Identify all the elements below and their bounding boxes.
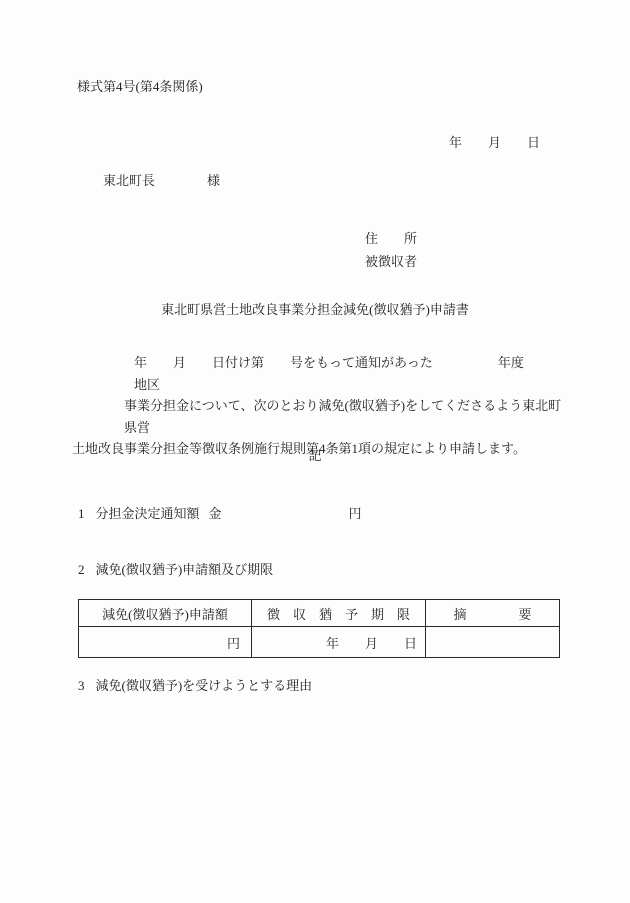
header-application-amount: 減免(徴収猶予)申請額 (79, 600, 252, 627)
document-title: 東北町県営土地改良事業分担金減免(徴収猶予)申請書 (0, 299, 630, 318)
body-line-1: 年 月 日付け第 号をもって通知があった 年度 地区 (72, 352, 564, 395)
application-form-page: 様式第4号(第4条関係) 年 月 日 東北町長様 住 所 被徴収者 東北町県営土… (0, 0, 630, 903)
item-2-label: 減免(徴収猶予)申請額及び期限 (96, 562, 274, 577)
header-remarks: 摘 要 (426, 600, 560, 627)
applicant-block: 住 所 被徴収者 (365, 227, 417, 273)
item-1-amount-prefix: 金 (209, 506, 222, 521)
item-3-reason: 3減免(徴収猶予)を受けようとする理由 (78, 675, 312, 694)
body-paragraph: 年 月 日付け第 号をもって通知があった 年度 地区 事業分担金について、次のと… (72, 352, 564, 460)
applicant-address-label: 住 所 (365, 227, 417, 250)
addressee-name: 東北町長 (103, 173, 155, 188)
submission-date-line: 年 月 日 (449, 132, 540, 151)
header-deferral-deadline: 徴 収 猶 予 期 限 (252, 600, 426, 627)
item-2-application-amount: 2減免(徴収猶予)申請額及び期限 (78, 559, 273, 578)
item-1-notified-amount: 1分担金決定通知額金円 (78, 503, 362, 522)
addressee-line: 東北町長様 (103, 170, 220, 189)
item-3-label: 減免(徴収猶予)を受けようとする理由 (96, 678, 313, 693)
item-1-label: 分担金決定通知額 (96, 506, 200, 521)
cell-deadline-date: 年 月 日 (252, 627, 426, 658)
cell-amount-yen: 円 (79, 627, 252, 658)
cell-remarks (426, 627, 560, 658)
table-row: 円 年 月 日 (79, 627, 560, 658)
record-marker: 記 (0, 445, 630, 464)
item-1-number: 1 (78, 506, 85, 521)
form-number-label: 様式第4号(第4条関係) (77, 76, 203, 95)
item-1-amount-suffix: 円 (349, 506, 362, 521)
table-header-row: 減免(徴収猶予)申請額 徴 収 猶 予 期 限 摘 要 (79, 600, 560, 627)
item-2-number: 2 (78, 562, 85, 577)
addressee-honorific: 様 (207, 173, 220, 188)
applicant-payer-label: 被徴収者 (365, 250, 417, 273)
exemption-table: 減免(徴収猶予)申請額 徴 収 猶 予 期 限 摘 要 円 年 月 日 (78, 599, 560, 658)
body-line-2: 事業分担金について、次のとおり減免(徴収猶予)をしてくださるよう東北町県営 (72, 395, 564, 438)
item-3-number: 3 (78, 678, 85, 693)
